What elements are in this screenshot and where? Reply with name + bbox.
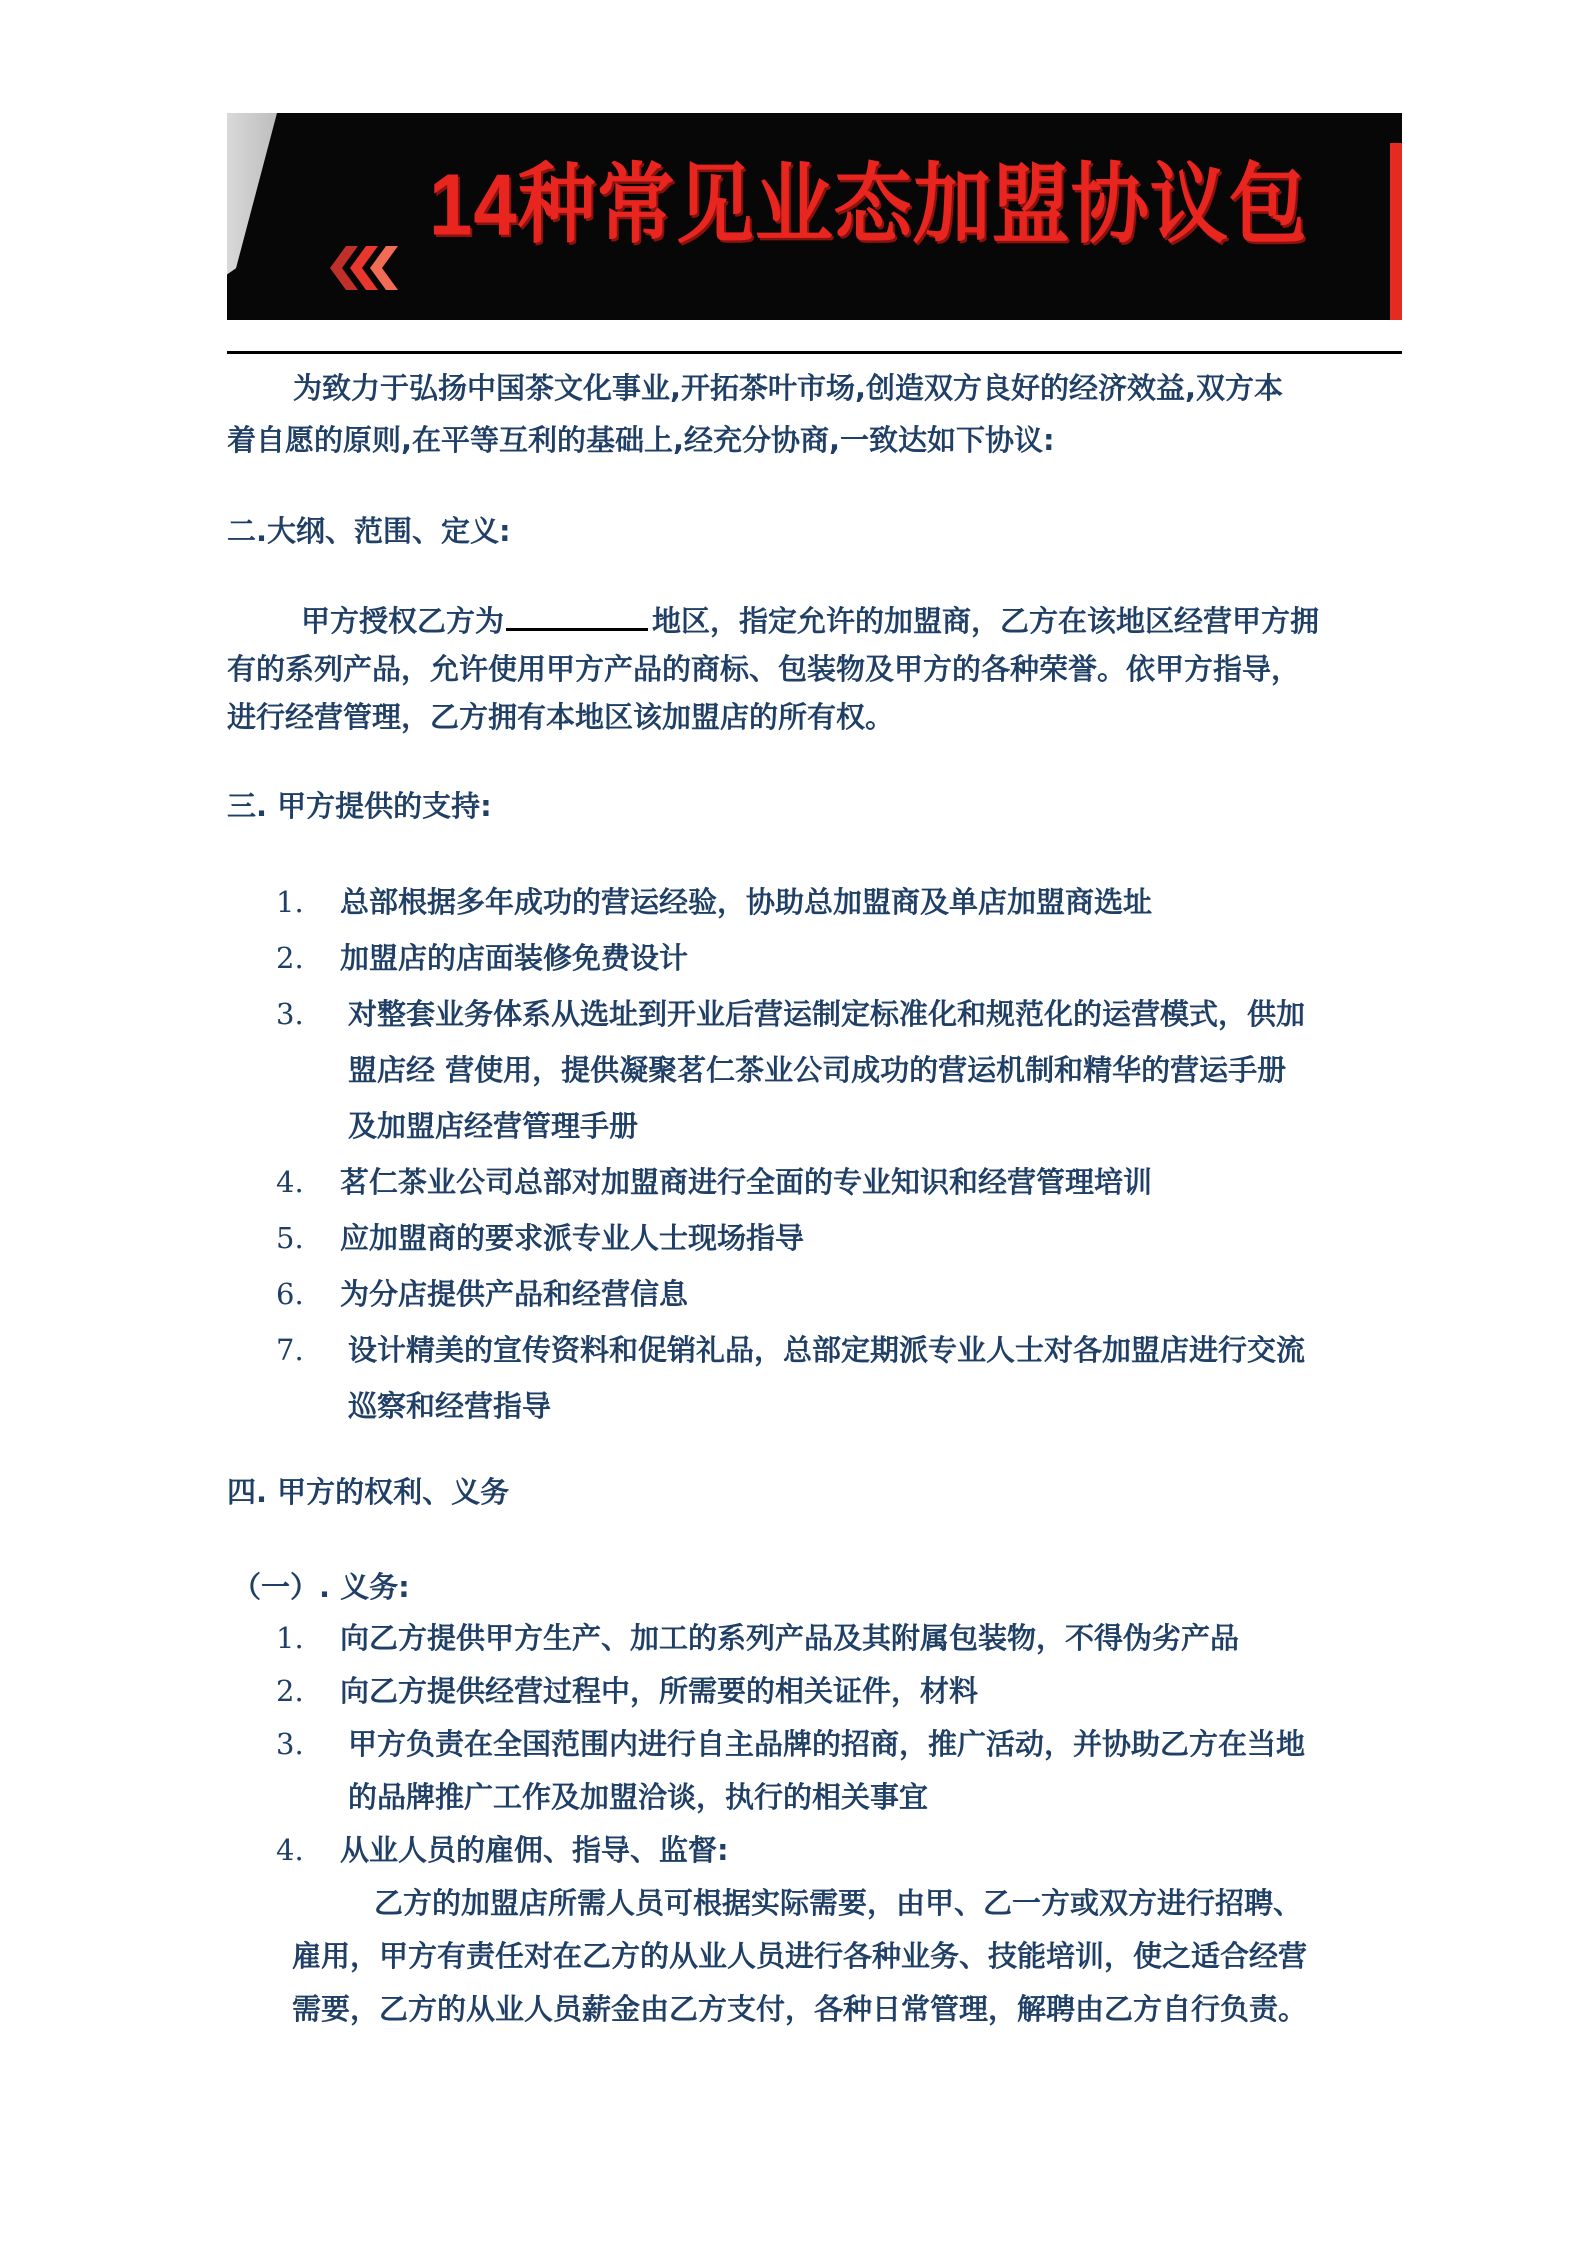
item-text: 向乙方提供甲方生产、加工的系列产品及其附属包装物，不得伪劣产品 [340,1612,1239,1665]
staff-paragraph: 乙方的加盟店所需人员可根据实际需要，由甲、乙一方或双方进行招聘、 雇用，甲方有责… [292,1877,1307,2036]
item-number: 7. [276,1322,304,1378]
item-text: 设计精美的宣传资料和促销礼品，总部定期派专业人士对各加盟店进行交流 巡察和经营指… [348,1322,1305,1434]
banner-accent-bar [1390,143,1402,320]
staff-line-1: 乙方的加盟店所需人员可根据实际需要，由甲、乙一方或双方进行招聘、 [292,1877,1307,1930]
item-text: 加盟店的店面装修免费设计 [340,930,688,986]
item-number: 4. [276,1154,304,1210]
staff-line-2: 雇用，甲方有责任对在乙方的从业人员进行各种业务、技能培训，使之适合经营 [292,1930,1307,1983]
item-text: 应加盟商的要求派专业人士现场指导 [340,1210,804,1266]
staff-line-3: 需要，乙方的从业人员薪金由乙方支付，各种日常管理，解聘由乙方自行负责。 [292,1983,1307,2036]
banner-drape-decoration [227,113,277,320]
item-line: 设计精美的宣传资料和促销礼品，总部定期派专业人士对各加盟店进行交流 [348,1322,1305,1378]
item-number: 3. [276,986,304,1042]
triple-chevron-left-icon [330,246,400,290]
document-page: 14种常见业态加盟协议包 为致力于弘扬中国茶文化事业,开拓茶叶市场,创造双方良好… [0,0,1587,2245]
item-line: 盟店经 营使用，提供凝聚茗仁茶业公司成功的营运机制和精华的营运手册 [348,1042,1305,1098]
item-number: 1. [276,874,304,930]
region-blank-field[interactable] [506,598,648,631]
section-2-line-2: 有的系列产品，允许使用甲方产品的商标、包装物及甲方的各种荣誉。依甲方指导， [227,645,1319,693]
section-2-line-1b: 地区，指定允许的加盟商，乙方在该地区经营甲方拥 [652,604,1319,638]
item-text: 向乙方提供经营过程中，所需要的相关证件，材料 [340,1665,978,1718]
item-number: 1. [276,1612,304,1665]
banner-title: 14种常见业态加盟协议包 [429,135,1308,260]
item-text: 为分店提供产品和经营信息 [340,1266,688,1322]
item-text: 总部根据多年成功的营运经验，协助总加盟商及单店加盟商选址 [340,874,1152,930]
section-2-heading: 二.大纲、范围、定义: [227,505,511,557]
section-2-line-3: 进行经营管理，乙方拥有本地区该加盟店的所有权。 [227,693,1319,741]
title-banner: 14种常见业态加盟协议包 [227,113,1402,320]
item-number: 5. [276,1210,304,1266]
section-2-line-1a: 甲方授权乙方为 [301,604,504,638]
intro-line-1: 为致力于弘扬中国茶文化事业,开拓茶叶市场,创造双方良好的经济效益,双方本 [227,362,1402,414]
item-line: 巡察和经营指导 [348,1378,1305,1434]
item-number: 4. [276,1824,304,1877]
item-number: 2. [276,1665,304,1718]
subsection-obligations-heading: （一）. 义务: [232,1561,410,1613]
item-line: 甲方负责在全国范围内进行自主品牌的招商，推广活动，并协助乙方在当地 [348,1718,1305,1771]
item-number: 2. [276,930,304,986]
item-text: 甲方负责在全国范围内进行自主品牌的招商，推广活动，并协助乙方在当地 的品牌推广工… [348,1718,1305,1824]
item-number: 6. [276,1266,304,1322]
item-line: 对整套业务体系从选址到开业后营运制定标准化和规范化的运营模式，供加 [348,986,1305,1042]
header-divider [227,351,1402,354]
item-number: 3. [276,1718,304,1771]
item-line: 及加盟店经营管理手册 [348,1098,1305,1154]
section-4-heading: 四. 甲方的权利、义务 [227,1466,509,1518]
section-2-paragraph: 甲方授权乙方为地区，指定允许的加盟商，乙方在该地区经营甲方拥 有的系列产品，允许… [227,597,1319,741]
intro-paragraph: 为致力于弘扬中国茶文化事业,开拓茶叶市场,创造双方良好的经济效益,双方本 着自愿… [227,362,1402,466]
item-line: 的品牌推广工作及加盟洽谈，执行的相关事宜 [348,1771,1305,1824]
item-text: 茗仁茶业公司总部对加盟商进行全面的专业知识和经营管理培训 [340,1154,1152,1210]
item-text: 从业人员的雇佣、指导、监督: [340,1824,729,1877]
item-text: 对整套业务体系从选址到开业后营运制定标准化和规范化的运营模式，供加 盟店经 营使… [348,986,1305,1154]
intro-line-2: 着自愿的原则,在平等互利的基础上,经充分协商,一致达如下协议: [227,414,1402,466]
section-3-heading: 三. 甲方提供的支持: [227,780,492,832]
